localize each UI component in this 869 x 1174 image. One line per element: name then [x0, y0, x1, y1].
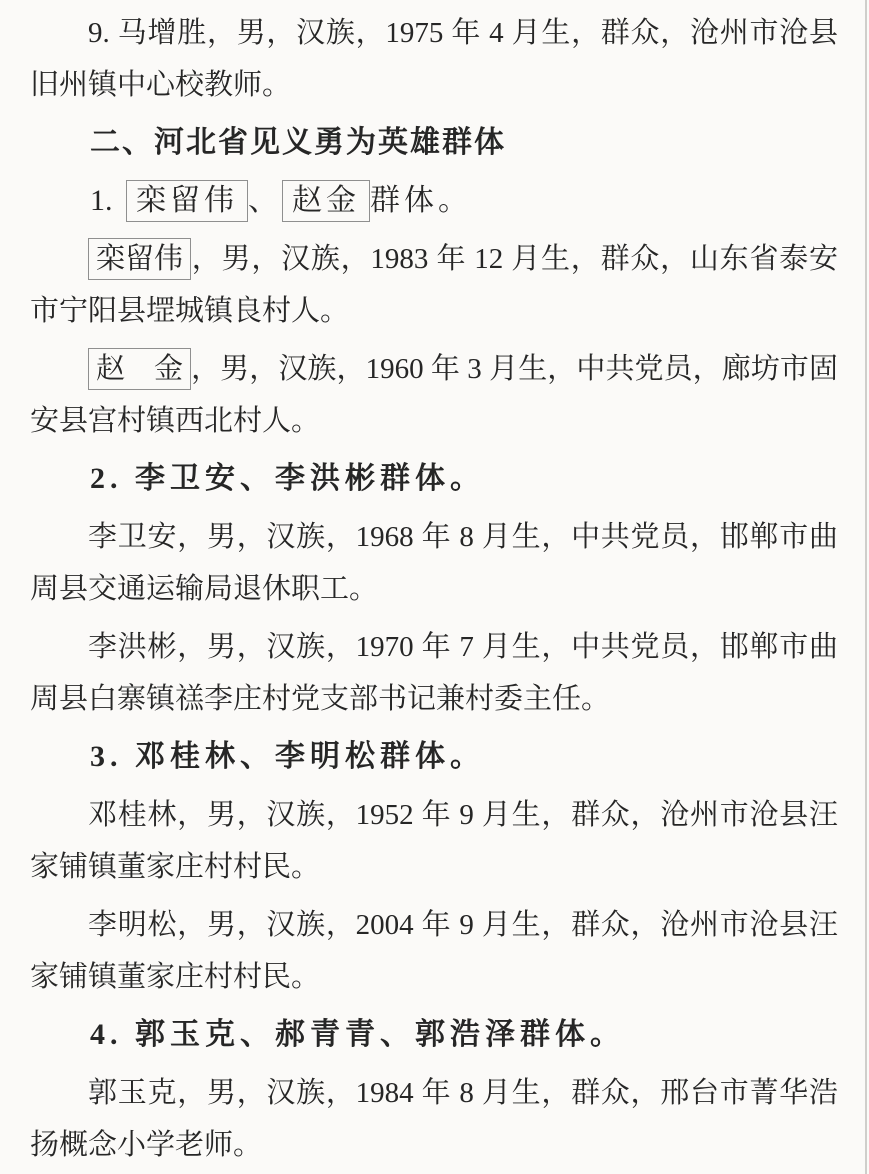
group2-heading: 2. 李卫安、李洪彬群体。: [30, 453, 838, 505]
text-line: 旧州镇中心校教师。: [30, 59, 838, 111]
boxed-name-luanliuwei: 栾留伟: [88, 238, 191, 280]
paragraph-luan-liuwei: 栾留伟，男，汉族，1983 年 12 月生，群众，山东省泰安 市宁阳县堽城镇良村…: [30, 233, 838, 337]
text-segment: ，男，汉族，1960 年 3 月生，中共党员，廊坊市固: [191, 353, 838, 385]
text-line: 周县交通运输局退休职工。: [30, 563, 838, 615]
boxed-name-zhaojin: 赵金: [282, 180, 370, 222]
group1-heading-block: 1.栾留伟、赵金群体。: [30, 175, 838, 227]
text-line: 9. 马增胜，男，汉族，1975 年 4 月生，群众，沧州市沧县: [30, 7, 838, 59]
paragraph-guo-yuke: 郭玉克，男，汉族，1984 年 8 月生，群众，邢台市菁华浩 扬概念小学老师。: [30, 1067, 838, 1171]
paragraph-li-hongbin: 李洪彬，男，汉族，1970 年 7 月生，中共党员，邯郸市曲 周县白寨镇禚李庄村…: [30, 621, 838, 725]
separator: 、: [248, 184, 282, 217]
group3-heading: 3. 邓桂林、李明松群体。: [30, 731, 838, 783]
text-line: 赵 金，男，汉族，1960 年 3 月生，中共党员，廊坊市固: [30, 343, 838, 395]
text-segment: ，男，汉族，1983 年 12 月生，群众，山东省泰安: [191, 243, 838, 275]
group2-heading-block: 2. 李卫安、李洪彬群体。: [30, 453, 838, 505]
paragraph-li-weian: 李卫安，男，汉族，1968 年 8 月生，中共党员，邯郸市曲 周县交通运输局退休…: [30, 511, 838, 615]
text-line: 李明松，男，汉族，2004 年 9 月生，群众，沧州市沧县汪: [30, 899, 838, 951]
section-heading: 二、河北省见义勇为英雄群体: [30, 117, 838, 169]
text-line: 扬概念小学老师。: [30, 1119, 838, 1171]
group1-tail: 群体。: [370, 184, 472, 217]
document-page: 9. 马增胜，男，汉族，1975 年 4 月生，群众，沧州市沧县 旧州镇中心校教…: [0, 0, 869, 1174]
paragraph-ma-zengsheng: 9. 马增胜，男，汉族，1975 年 4 月生，群众，沧州市沧县 旧州镇中心校教…: [30, 7, 838, 111]
group3-heading-block: 3. 邓桂林、李明松群体。: [30, 731, 838, 783]
section-heading-block: 二、河北省见义勇为英雄群体: [30, 117, 838, 169]
text-line: 栾留伟，男，汉族，1983 年 12 月生，群众，山东省泰安: [30, 233, 838, 285]
page-edge-line: [865, 0, 867, 1174]
text-line: 李卫安，男，汉族，1968 年 8 月生，中共党员，邯郸市曲: [30, 511, 838, 563]
boxed-name-luanliuwei: 栾留伟: [126, 180, 248, 222]
paragraph-li-mingsong: 李明松，男，汉族，2004 年 9 月生，群众，沧州市沧县汪 家铺镇董家庄村村民…: [30, 899, 838, 1003]
text-line: 安县宫村镇西北村人。: [30, 395, 838, 447]
paragraph-deng-guilin: 邓桂林，男，汉族，1952 年 9 月生，群众，沧州市沧县汪 家铺镇董家庄村村民…: [30, 789, 838, 893]
group1-number: 1.: [90, 184, 113, 217]
group4-heading: 4. 郭玉克、郝青青、郭浩泽群体。: [30, 1009, 838, 1061]
group1-heading: 1.栾留伟、赵金群体。: [30, 175, 838, 227]
text-line: 市宁阳县堽城镇良村人。: [30, 285, 838, 337]
text-line: 家铺镇董家庄村村民。: [30, 951, 838, 1003]
text-line: 郭玉克，男，汉族，1984 年 8 月生，群众，邢台市菁华浩: [30, 1067, 838, 1119]
text-line: 李洪彬，男，汉族，1970 年 7 月生，中共党员，邯郸市曲: [30, 621, 838, 673]
text-line: 邓桂林，男，汉族，1952 年 9 月生，群众，沧州市沧县汪: [30, 789, 838, 841]
boxed-name-zhaojin: 赵 金: [88, 348, 191, 390]
text-line: 周县白寨镇禚李庄村党支部书记兼村委主任。: [30, 673, 838, 725]
group4-heading-block: 4. 郭玉克、郝青青、郭浩泽群体。: [30, 1009, 838, 1061]
text-line: 家铺镇董家庄村村民。: [30, 841, 838, 893]
paragraph-zhao-jin: 赵 金，男，汉族，1960 年 3 月生，中共党员，廊坊市固 安县宫村镇西北村人…: [30, 343, 838, 447]
